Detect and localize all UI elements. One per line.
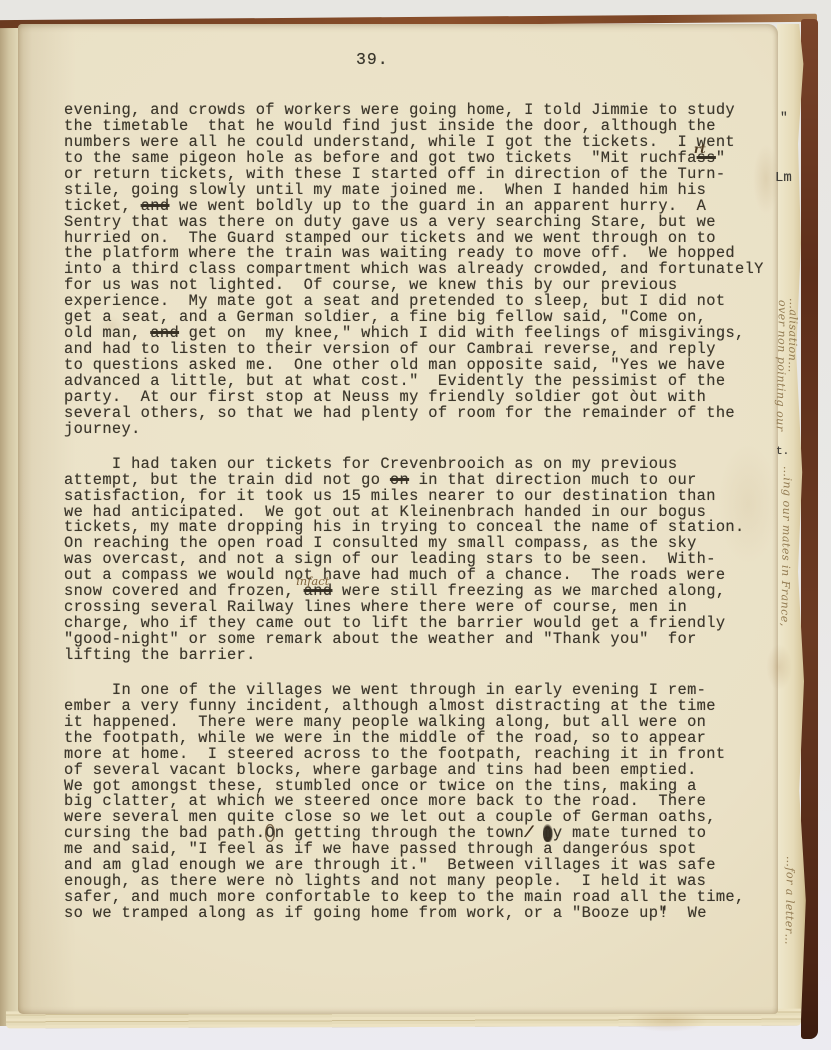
text-line: several others, so that we had plenty of… (64, 406, 764, 422)
paragraph: evening, and crowds of workers were goin… (64, 103, 764, 438)
paragraph: In one of the villages we went through i… (64, 683, 764, 922)
edge-handwriting-fragment: …for a letter… (782, 856, 797, 945)
paragraph: I had taken our tickets for Crevenbrooic… (64, 457, 764, 664)
text-block: evening, and crowds of workers were goin… (64, 103, 764, 922)
text-line: journey. (64, 422, 764, 438)
text-line: so we tramped along as if going home fro… (64, 906, 764, 922)
text-correction: ! (659, 904, 669, 922)
edge-typed-fragment: " (780, 110, 788, 125)
left-page-stack-edge (0, 24, 20, 1026)
edge-typed-fragment: Lm (775, 170, 792, 186)
book-cover-bottom-edge (0, 1023, 821, 1042)
scanned-book-photo: { "document": { "type": "typewritten-mem… (0, 0, 831, 1050)
edge-handwriting-fragment: over non pointing our (774, 300, 789, 432)
text-line: lifting the barrier. (64, 648, 764, 664)
page-number: 39. (356, 50, 389, 69)
edge-typed-fragment: t. (776, 446, 789, 458)
